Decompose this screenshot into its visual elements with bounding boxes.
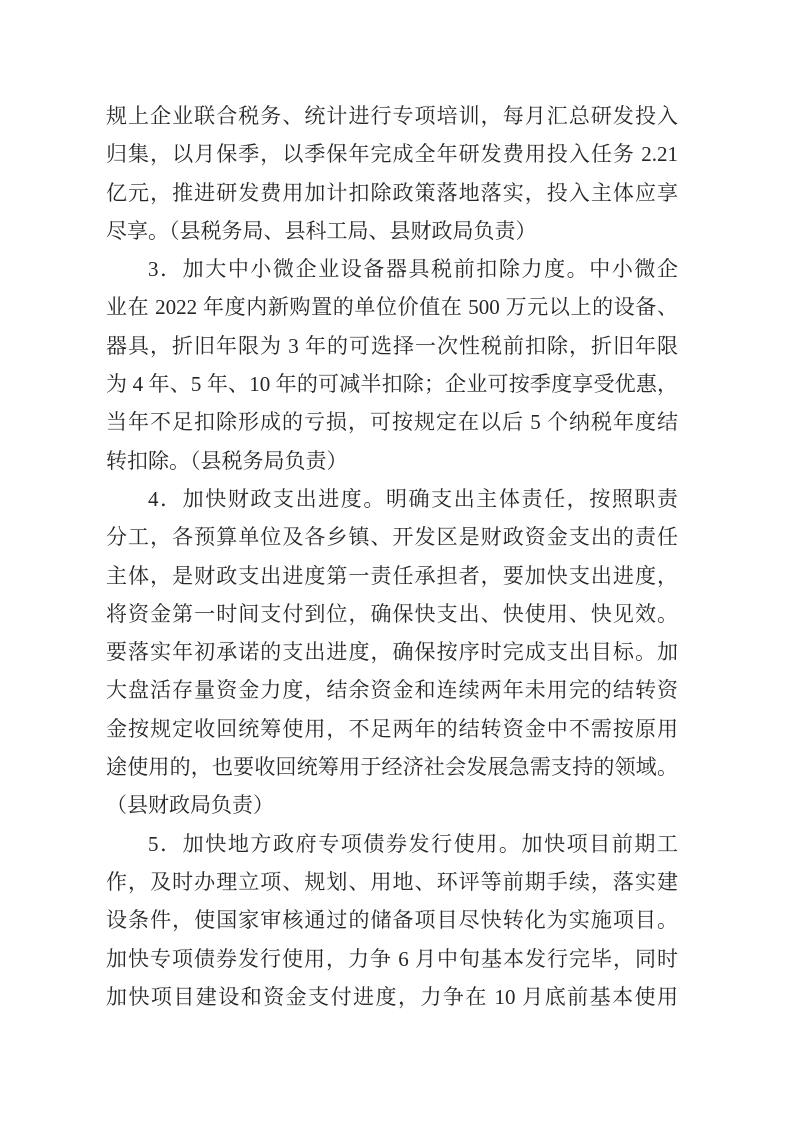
text-line: 作，及时办理立项、规划、用地、环评等前期手续，落实建	[106, 863, 678, 901]
text-line: 要落实年初承诺的支出进度，确保按序时完成支出目标。加	[106, 633, 678, 671]
text-line: 加快项目建设和资金支付进度，力争在 10 月底前基本使用	[106, 978, 678, 1016]
text-line: 业在 2022 年度内新购置的单位价值在 500 万元以上的设备、	[106, 288, 678, 326]
text-line: 尽享。（县税务局、县科工局、县财政局负责）	[106, 212, 678, 250]
text-line: 当年不足扣除形成的亏损，可按规定在以后 5 个纳税年度结	[106, 403, 678, 441]
text-line: （县财政局负责）	[106, 786, 678, 824]
text-line: 器具，折旧年限为 3 年的可选择一次性税前扣除，折旧年限	[106, 327, 678, 365]
text-line: 4．加快财政支出进度。明确支出主体责任，按照职责	[106, 480, 678, 518]
document-page: 规上企业联合税务、统计进行专项培训，每月汇总研发投入归集，以月保季，以季保年完成…	[0, 0, 793, 1122]
text-line: 将资金第一时间支付到位，确保快支出、快使用、快见效。	[106, 595, 678, 633]
text-line: 为 4 年、5 年、10 年的可减半扣除；企业可按季度享受优惠，	[106, 365, 678, 403]
text-line: 金按规定收回统筹使用，不足两年的结转资金中不需按原用	[106, 710, 678, 748]
text-line: 加快专项债券发行使用，力争 6 月中旬基本发行完毕，同时	[106, 940, 678, 978]
text-line: 设条件，使国家审核通过的储备项目尽快转化为实施项目。	[106, 901, 678, 939]
text-line: 大盘活存量资金力度，结余资金和连续两年未用完的结转资	[106, 671, 678, 709]
text-line: 转扣除。（县税务局负责）	[106, 442, 678, 480]
text-line: 归集，以月保季，以季保年完成全年研发费用投入任务 2.21	[106, 135, 678, 173]
text-line: 亿元，推进研发费用加计扣除政策落地落实，投入主体应享	[106, 174, 678, 212]
text-line: 5．加快地方政府专项债券发行使用。加快项目前期工	[106, 825, 678, 863]
text-line: 分工，各预算单位及各乡镇、开发区是财政资金支出的责任	[106, 518, 678, 556]
text-line: 规上企业联合税务、统计进行专项培训，每月汇总研发投入	[106, 97, 678, 135]
text-line: 主体，是财政支出进度第一责任承担者，要加快支出进度，	[106, 557, 678, 595]
text-line: 途使用的，也要收回统筹用于经济社会发展急需支持的领域。	[106, 748, 678, 786]
text-line: 3．加大中小微企业设备器具税前扣除力度。中小微企	[106, 250, 678, 288]
document-body: 规上企业联合税务、统计进行专项培训，每月汇总研发投入归集，以月保季，以季保年完成…	[106, 97, 678, 1016]
